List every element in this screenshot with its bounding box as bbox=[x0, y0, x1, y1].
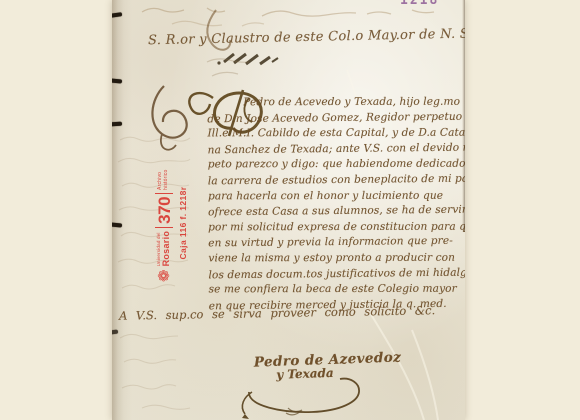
manuscript-line: se me confiera la beca de este Colegio m… bbox=[209, 282, 465, 298]
manuscript-line: en su virtud y previa la informacion que… bbox=[208, 234, 464, 252]
stitch-mark bbox=[112, 122, 122, 127]
ghost-writing-strokes bbox=[207, 59, 249, 76]
stamp-divider bbox=[155, 227, 173, 228]
stitch-mark bbox=[112, 12, 122, 18]
stamp-university: Universidad del Rosario bbox=[157, 231, 171, 267]
manuscript-line: los demas docum.tos justificativos de mi… bbox=[208, 265, 464, 283]
signature-block: Pedro de Azevedoz y Texada bbox=[254, 349, 402, 382]
stamp-divider bbox=[155, 193, 173, 194]
document-photo: 1218 bbox=[112, 0, 465, 420]
folio-number-stamp: 1218 bbox=[400, 0, 439, 8]
manuscript-line: ofrece esta Casa a sus alumnos, se ha de… bbox=[208, 203, 464, 221]
ink-smudge bbox=[217, 54, 278, 65]
stitch-mark bbox=[112, 330, 118, 335]
top-ghost-strokes bbox=[142, 8, 434, 26]
manuscript-line: para hacerla con el honor y lucimiento q… bbox=[208, 188, 464, 204]
stamp-department: Archivo histórico bbox=[158, 170, 170, 190]
manuscript-line: Ill.e M.I. Cabildo de esta Capital, y de… bbox=[207, 126, 463, 142]
stamp-brand-row: ❁ Universidad del Rosario 370 Archivo hi… bbox=[152, 164, 176, 282]
manuscript-line: la carrera de estudios con beneplacito d… bbox=[208, 172, 464, 190]
petition-line: A V.S. sup.co se sirva proveer como soli… bbox=[119, 303, 435, 323]
viewer-background: 1218 bbox=[0, 0, 580, 420]
rosette-icon: ❁ bbox=[157, 269, 172, 282]
manuscript-line: peto parezco y digo: que habiendome dedi… bbox=[208, 157, 464, 173]
stamp-university-name: Rosario bbox=[162, 231, 171, 267]
signature-rubric-flourish bbox=[242, 379, 359, 419]
archive-stamp: ❁ Universidad del Rosario 370 Archivo hi… bbox=[152, 164, 196, 282]
manuscript-body: Pedro de Acevedo y Texada, hijo leg.mode… bbox=[207, 94, 465, 314]
manuscript-line: Pedro de Acevedo y Texada, hijo leg.mo bbox=[207, 95, 463, 111]
stitch-mark bbox=[112, 78, 122, 83]
stamp-department-line2: histórico bbox=[164, 170, 170, 190]
stamp-reference: Caja 116 f. 1218r bbox=[178, 164, 188, 282]
stitch-mark bbox=[112, 222, 122, 227]
stamp-anniversary-number: 370 bbox=[156, 197, 173, 224]
manuscript-heading: S. R.or y Claustro de este Col.o May.or … bbox=[148, 27, 460, 49]
manuscript-line: viene la misma y estoy pronto a producir… bbox=[208, 251, 464, 267]
archive-stamp-content: ❁ Universidad del Rosario 370 Archivo hi… bbox=[152, 164, 196, 282]
marginal-rubric-flourish bbox=[152, 86, 186, 150]
